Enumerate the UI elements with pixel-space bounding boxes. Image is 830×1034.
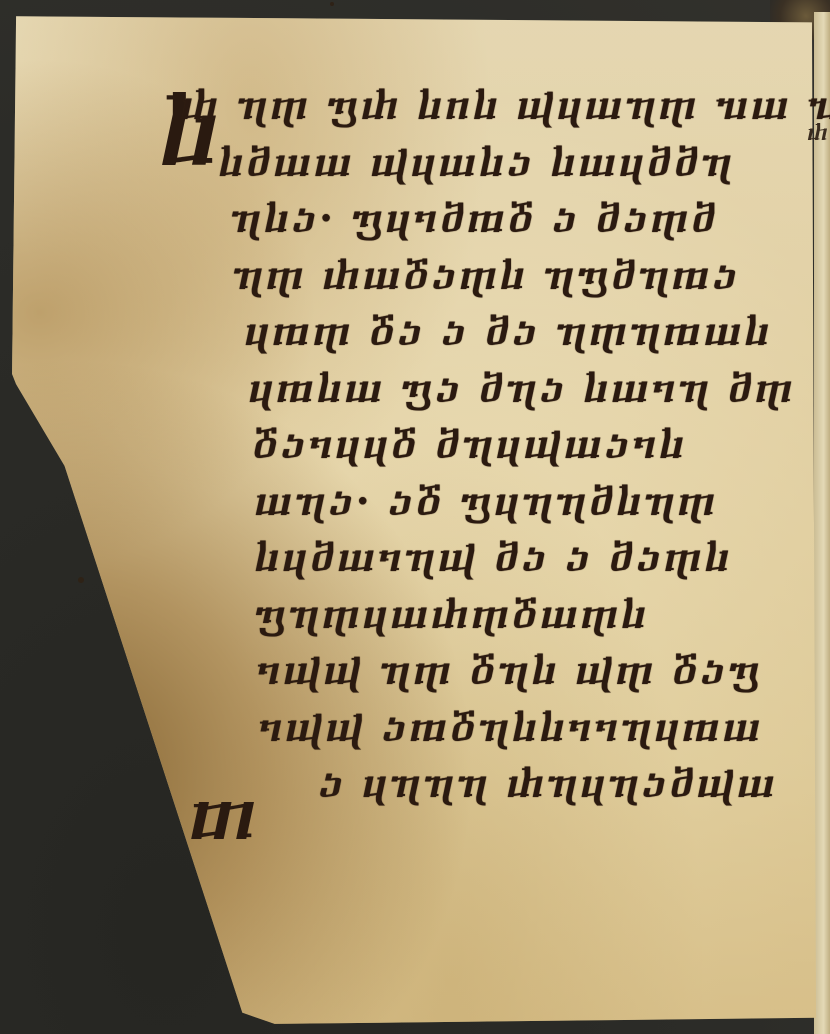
text-line-5: ⴗⴊⴅ ⴃⴢ ⴢ ⴋⴢ ⴄⴅⴄⴊⴍⴑ	[158, 304, 778, 361]
adjacent-page-glyph: ⴐ	[807, 120, 828, 146]
adjacent-page-edge	[814, 12, 830, 1034]
ink-spot	[78, 577, 84, 583]
text-line-13: ⴢ ⴗⴄⴄⴄ ⴐⴄⴗⴄⴢⴋⴓⴍ	[158, 756, 778, 813]
text-line-1: ⴐ ⴄⴅ ⴂⴐ ⴑⴖⴑ ⴓⴗⴍⴄⴅ ⴎⴍ ⴎⴍⴢ	[158, 78, 778, 135]
text-line-4: ⴄⴅ ⴐⴍⴃⴢⴅⴑ ⴄⴂⴋⴄⴊⴢ	[158, 248, 778, 305]
text-line-9: ⴑⴗⴋⴍⴈⴄⴓ ⴋⴢ ⴢ ⴋⴢⴅⴑ	[158, 530, 778, 587]
ink-speck	[330, 2, 334, 6]
text-line-3: ⴄⴑⴢ· ⴂⴗⴈⴋⴊⴃ ⴢ ⴋⴢⴅⴋ	[158, 191, 778, 248]
text-line-10: ⴂⴄⴅⴗⴍⴐⴅⴃⴍⴅⴑ	[158, 587, 778, 644]
text-line-11: ⴈⴓⴓ ⴄⴅ ⴃⴄⴑ ⴓⴅ ⴃⴢⴂ	[158, 643, 778, 700]
text-line-12: ⴈⴓⴓ ⴢⴊⴃⴄⴑⴑⴈⴈⴄⴗⴊⴍ	[158, 700, 778, 757]
text-line-6: ⴗⴊⴑⴍ ⴂⴢ ⴋⴄⴢ ⴑⴍⴈⴄ ⴋⴅ	[158, 361, 778, 418]
text-line-8: ⴍⴄⴢ· ⴢⴃ ⴂⴗⴄⴄⴋⴑⴄⴅ	[158, 474, 778, 531]
text-line-7: ⴃⴢⴈⴗⴗⴃ ⴋⴄⴗⴓⴍⴢⴈⴑ	[158, 417, 778, 474]
text-line-2: ⴑⴋⴍⴍ ⴓⴗⴍⴑⴢ ⴑⴍⴗⴋⴋⴄ	[158, 135, 778, 192]
manuscript-text-block: ⴐ ⴄⴅ ⴂⴐ ⴑⴖⴑ ⴓⴗⴍⴄⴅ ⴎⴍ ⴎⴍⴢ ⴑⴋⴍⴍ ⴓⴗⴍⴑⴢ ⴑⴍⴗⴋ…	[158, 78, 778, 813]
